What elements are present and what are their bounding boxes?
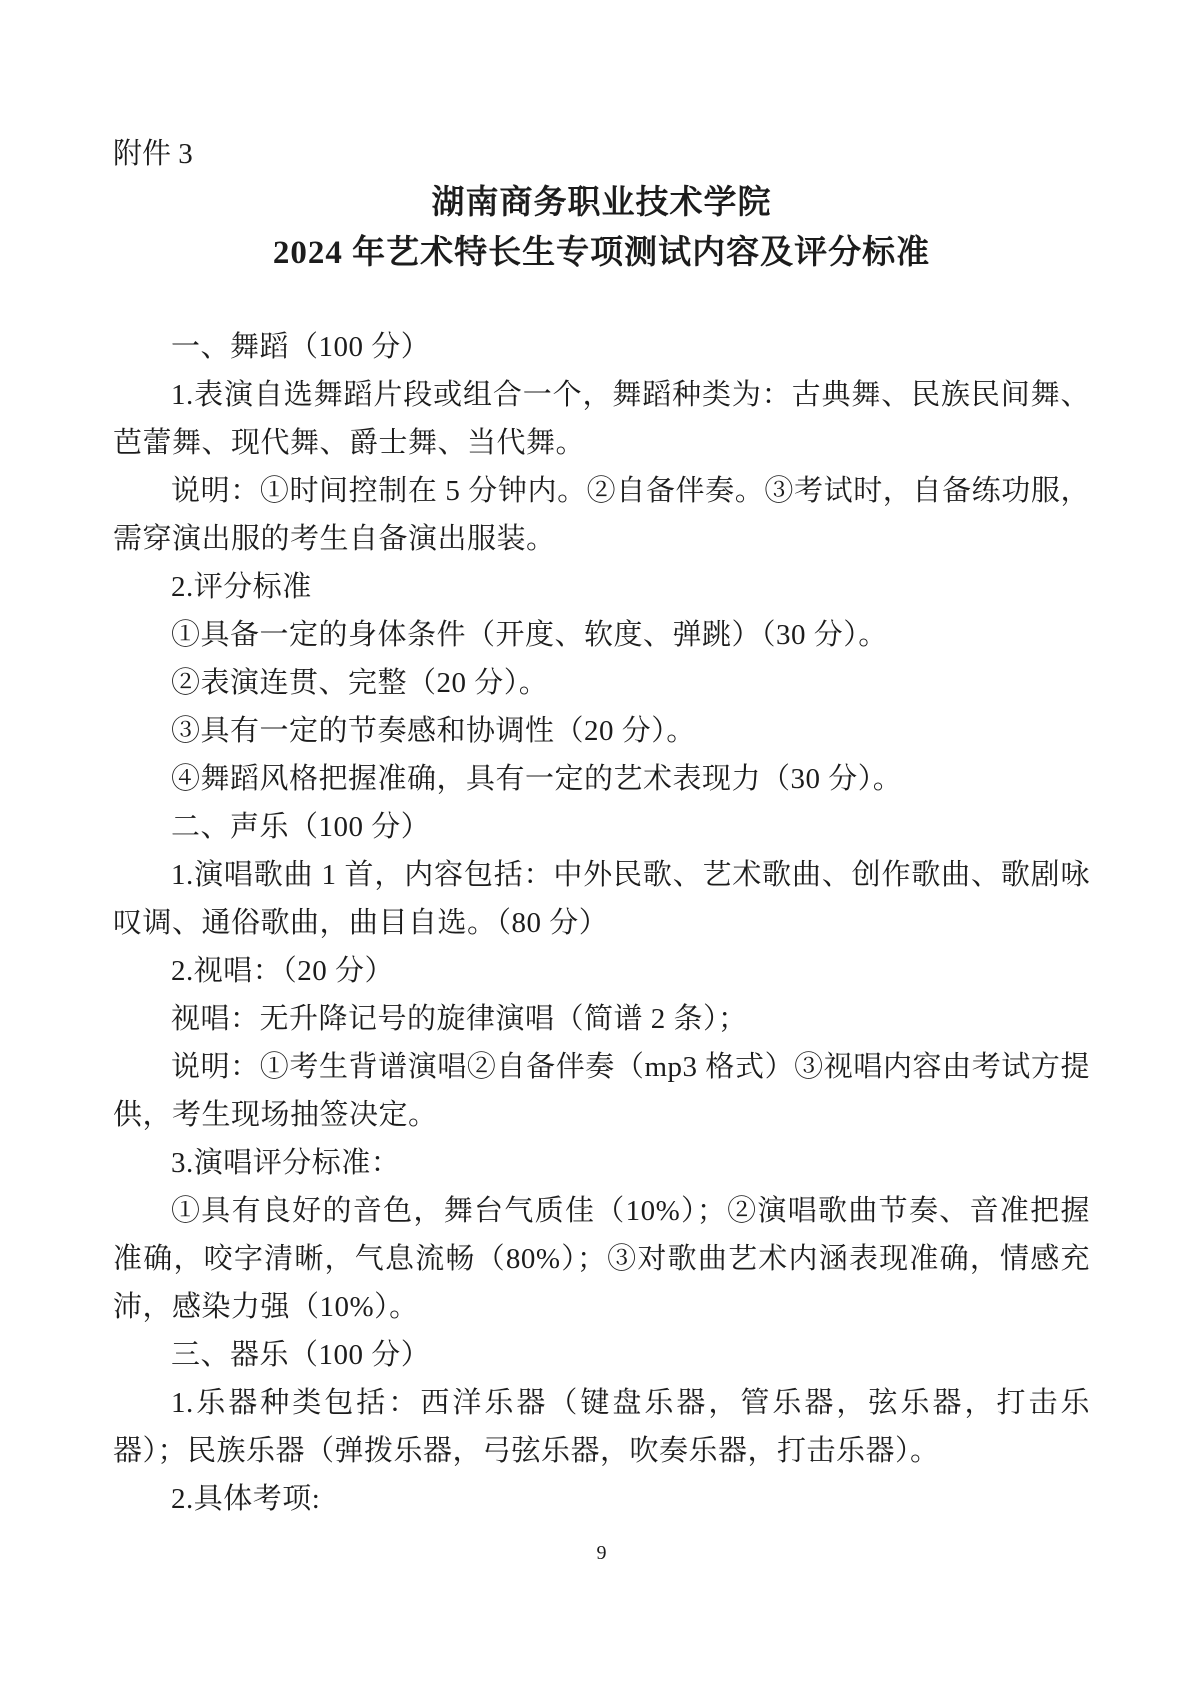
document-title-line1: 湖南商务职业技术学院 [113,178,1090,228]
paragraph: 2.具体考项: [113,1475,1090,1523]
paragraph: 2.评分标准 [113,563,1090,611]
page-number: 9 [113,1538,1090,1568]
paragraph: ①具备一定的身体条件（开度、软度、弹跳）（30 分）。 [113,611,1090,659]
document-title-line2: 2024 年艺术特长生专项测试内容及评分标准 [113,228,1090,278]
paragraph: 说明：①考生背谱演唱②自备伴奏（mp3 格式）③视唱内容由考试方提供，考生现场抽… [113,1043,1090,1139]
paragraph: ①具有良好的音色，舞台气质佳（10%）；②演唱歌曲节奏、音准把握准确，咬字清晰，… [113,1187,1090,1331]
paragraph: 说明：①时间控制在 5 分钟内。②自备伴奏。③考试时，自备练功服，需穿演出服的考… [113,467,1090,563]
paragraph: 1.乐器种类包括：西洋乐器（键盘乐器，管乐器，弦乐器，打击乐器）；民族乐器（弹拨… [113,1379,1090,1475]
paragraph: ④舞蹈风格把握准确，具有一定的艺术表现力（30 分）。 [113,755,1090,803]
document-page: 附件 3 湖南商务职业技术学院 2024 年艺术特长生专项测试内容及评分标准 一… [0,0,1190,1683]
section-heading: 二、声乐（100 分） [113,803,1090,851]
paragraph: 1.演唱歌曲 1 首，内容包括：中外民歌、艺术歌曲、创作歌曲、歌剧咏叹调、通俗歌… [113,851,1090,947]
paragraph: 1.表演自选舞蹈片段或组合一个，舞蹈种类为：古典舞、民族民间舞、芭蕾舞、现代舞、… [113,371,1090,467]
paragraph: ②表演连贯、完整（20 分）。 [113,659,1090,707]
section-heading: 三、器乐（100 分） [113,1331,1090,1379]
paragraph: 2.视唱：（20 分） [113,947,1090,995]
paragraph: 3.演唱评分标准： [113,1139,1090,1187]
paragraph: 视唱：无升降记号的旋律演唱（简谱 2 条）； [113,995,1090,1043]
document-body: 一、舞蹈（100 分）1.表演自选舞蹈片段或组合一个，舞蹈种类为：古典舞、民族民… [113,323,1090,1523]
attachment-label: 附件 3 [113,130,1090,178]
section-heading: 一、舞蹈（100 分） [113,323,1090,371]
paragraph: ③具有一定的节奏感和协调性（20 分）。 [113,707,1090,755]
